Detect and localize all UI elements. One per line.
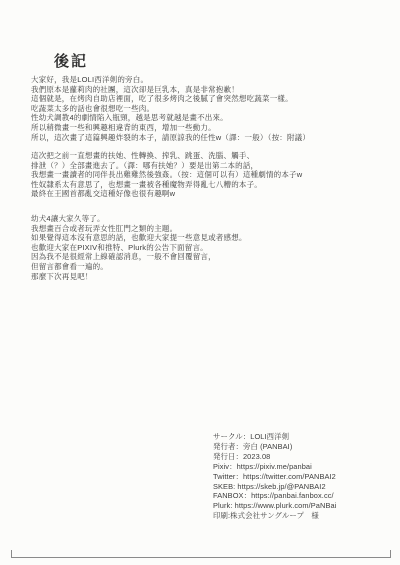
afterword-line: 吃蔬菜太多的話也會很想吃一些肉。 — [31, 104, 310, 114]
colophon-pixiv-url: Pixiv：https://pixiv.me/panbai — [213, 462, 336, 472]
afterword-line: 因為我不是很經常上線確認消息，一般不會回覆留言， — [31, 252, 247, 262]
afterword-line: 我們原本是蘿莉肉的社團，這次卻是巨乳本，真是非常抱歉！ — [31, 85, 310, 95]
afterword-line: 這次把之前一直想畫的扶她、性轉換、搾乳、跳蛋、洗腦、觸手、 — [31, 151, 302, 161]
afterword-line: 性幼犬調教4的劇情陷入瓶頸，越是思考就越是畫不出來。 — [31, 113, 310, 123]
colophon-skeb-url: SKEB: https://skeb.jp/@PANBAI2 — [213, 482, 336, 492]
afterword-paragraph-2: 這次把之前一直想畫的扶她、性轉換、搾乳、跳蛋、洗腦、觸手、 排泄（？）全部畫進去… — [31, 151, 302, 199]
afterword-line: 所以稍微畫一些和興趣相違背的東西，增加一些動力。 — [31, 123, 310, 133]
afterword-line: 所以，這次畫了這篇興趣炸裂的本子，請原諒我的任性w（譯：一般）（按：附議） — [31, 133, 310, 143]
afterword-line: 也歡迎大家在PIXIV和推特、Plurk的公告下面留言。 — [31, 243, 247, 253]
afterword-line: 我想畫百合或者玩弄女性肛門之類的主題。 — [31, 224, 247, 234]
colophon-printer: 印刷:株式会社サングループ 様 — [213, 511, 336, 521]
colophon: サークル：LOLI西洋剣 発行者：旁白 (PANBAI) 発行日：2023.08… — [213, 432, 336, 521]
colophon-fanbox-url: FANBOX：https://panbai.fanbox.cc/ — [213, 491, 336, 501]
afterword-line: 這個就是，在烤肉自助店裡面，吃了很多烤肉之後膩了會突然想吃蔬菜一樣。 — [31, 94, 310, 104]
afterword-line: 但留言都會看一遍的。 — [31, 262, 247, 272]
colophon-date: 発行日：2023.08 — [213, 452, 336, 462]
colophon-plurk-url: Plurk: https://www.plurk.com/PaNBai — [213, 501, 336, 511]
page-frame-bottom — [11, 550, 391, 558]
afterword-line: 大家好，我是LOLI西洋剣的旁白。 — [31, 75, 310, 85]
afterword-line: 排泄（？）全部畫進去了。（譯：哪有扶她？）要是出第二本的話， — [31, 161, 302, 171]
afterword-line: 如果覺得這本沒有意思的話，也歡迎大家提一些意見或者感想。 — [31, 233, 247, 243]
afterword-paragraph-3: 幼犬4讓大家久等了。 我想畫百合或者玩弄女性肛門之類的主題。 如果覺得這本沒有意… — [31, 214, 247, 281]
afterword-line: 那麼下次再見吧！ — [31, 272, 247, 282]
colophon-circle: サークル：LOLI西洋剣 — [213, 432, 336, 442]
colophon-twitter-url: Twitter：https://twitter.com/PANBAI2 — [213, 472, 336, 482]
afterword-line: 最終在王國首都亂交這種好像也很有趣啊w — [31, 189, 302, 199]
afterword-line: 我想畫一畫讀者的同伴長出雞雞然後強姦。（按：這個可以有）這種劇情的本子w — [31, 170, 302, 180]
afterword-paragraph-1: 大家好，我是LOLI西洋剣的旁白。 我們原本是蘿莉肉的社團，這次卻是巨乳本，真是… — [31, 75, 310, 142]
afterword-line: 幼犬4讓大家久等了。 — [31, 214, 247, 224]
page-title: 後記 — [54, 50, 88, 71]
afterword-line: 性奴隸系太有意思了，也想畫一畫被各種魔物弄得亂七八糟的本子。 — [31, 180, 302, 190]
colophon-publisher: 発行者：旁白 (PANBAI) — [213, 442, 336, 452]
